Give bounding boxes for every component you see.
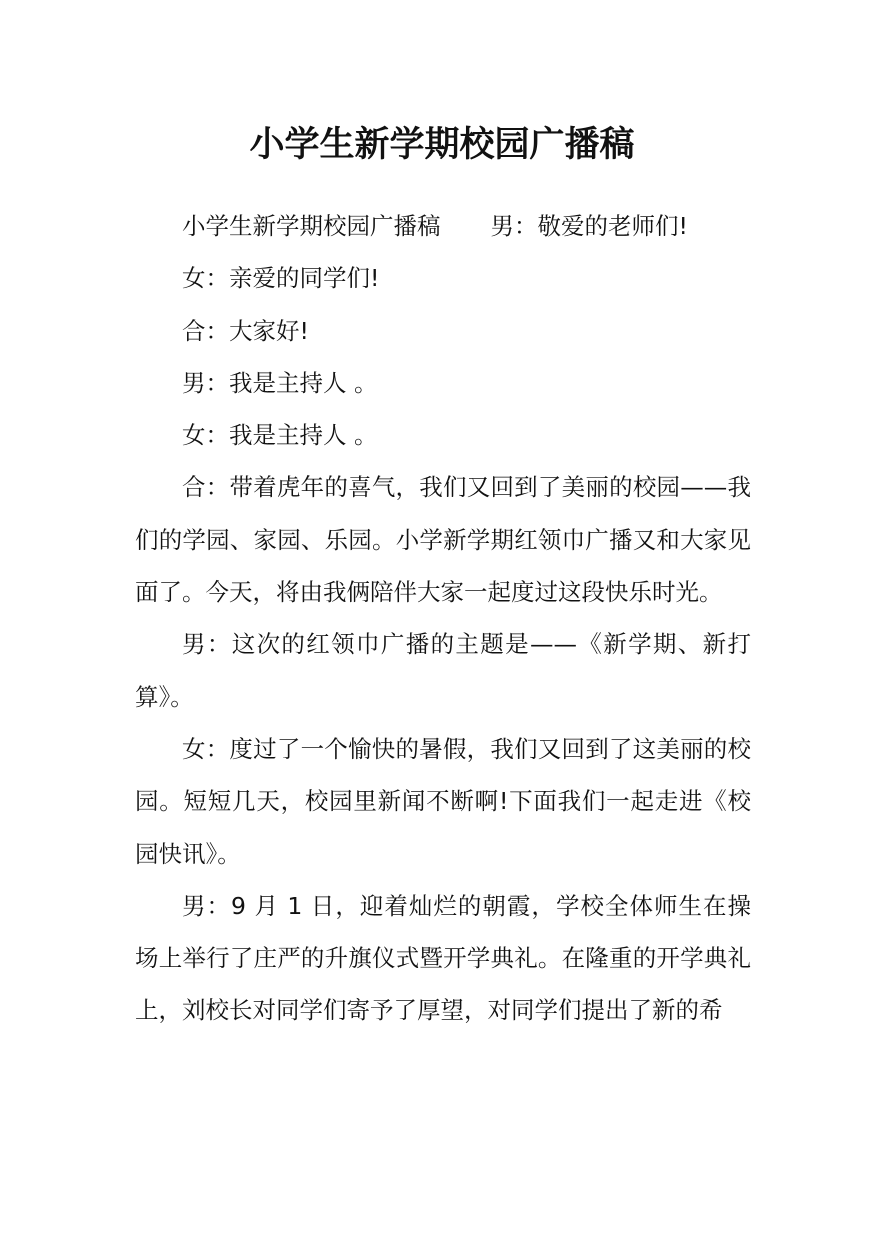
paragraph-campus-news: 女：度过了一个愉快的暑假，我们又回到了这美丽的校园。短短几天，校园里新闻不断啊!… (135, 723, 751, 880)
paragraph-together-intro: 合：带着虎年的喜气，我们又回到了美丽的校园——我们的学园、家园、乐园。小学新学期… (135, 461, 751, 618)
paragraph-male-host: 男：我是主持人 。 (135, 357, 751, 409)
paragraph-intro: 小学生新学期校园广播稿男：敬爱的老师们! (135, 200, 751, 252)
paragraph-female-greeting: 女：亲爱的同学们! (135, 252, 751, 304)
paragraph-theme: 男：这次的红领巾广播的主题是——《新学期、新打算》。 (135, 618, 751, 723)
paragraph-opening-ceremony: 男：9 月 1 日，迎着灿烂的朝霞，学校全体师生在操场上举行了庄严的升旗仪式暨开… (135, 880, 751, 1037)
paragraph-female-host: 女：我是主持人 。 (135, 409, 751, 461)
subtitle-text: 小学生新学期校园广播稿 (182, 212, 441, 240)
document-title: 小学生新学期校园广播稿 (0, 122, 884, 168)
line-male-greeting: 男：敬爱的老师们! (491, 212, 688, 240)
document-body: 小学生新学期校园广播稿男：敬爱的老师们! 女：亲爱的同学们! 合：大家好! 男：… (135, 200, 751, 1037)
paragraph-together-greeting: 合：大家好! (135, 305, 751, 357)
